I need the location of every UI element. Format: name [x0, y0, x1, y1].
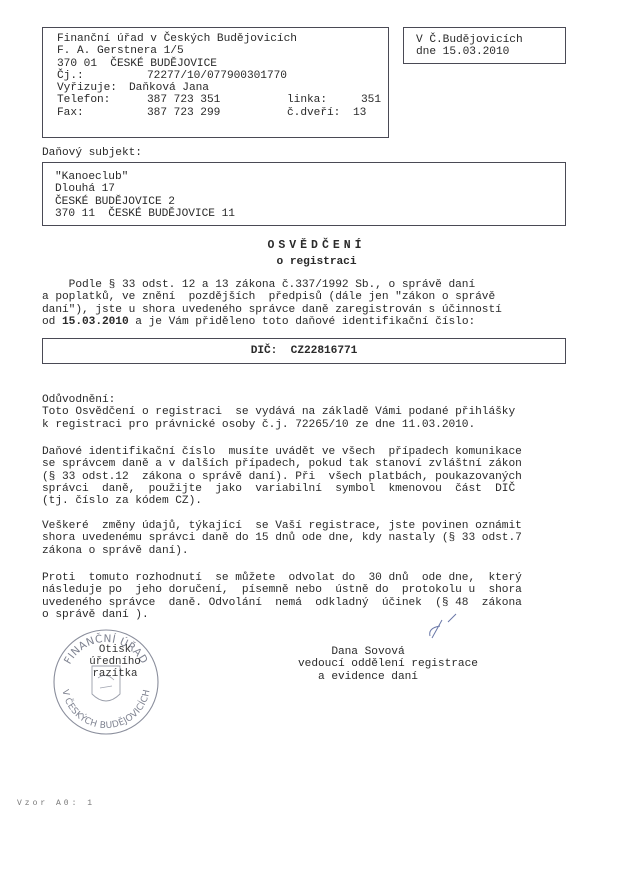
document-subtitle: o registraci [0, 256, 633, 268]
subject-city: 370 11 ČESKÉ BUDĚJOVICE 11 [55, 208, 565, 220]
handler-row: Vyřizuje: Daňková Jana [57, 82, 388, 94]
stamp-overlay-line: razítka [85, 668, 145, 680]
signatory-role: vedoucí oddělení registrace [298, 658, 478, 670]
office-address-box: Finanční úřad v Českých Budějovicích F. … [42, 27, 389, 138]
door-value: 13 [353, 107, 366, 119]
usage-line: se správcem daně a v dalších případech, … [42, 458, 587, 470]
intro-suffix: a je Vám přiděleno toto daňové identifik… [129, 316, 476, 328]
usage-line: správci daně, použijte jako variabilní s… [42, 483, 587, 495]
ref-value: 72277/10/077900301770 [147, 70, 287, 82]
tax-id-label: DIČ: [251, 345, 278, 357]
intro-line: od 15.03.2010 a je Vám přiděleno toto da… [42, 316, 582, 328]
reasoning-paragraph: Odůvodnění: Toto Osvědčení o registraci … [42, 394, 587, 431]
phone-value: 387 723 351 [147, 94, 287, 106]
tax-id-box: DIČ: CZ22816771 [42, 338, 566, 364]
stamp-overlay-line: Otisk [85, 644, 145, 656]
ref-row: Čj.: 72277/10/077900301770 [57, 70, 388, 82]
stamp-overlay-line: úředního [85, 656, 145, 668]
handler-value: Daňková Jana [129, 82, 209, 94]
appeal-line: následuje po jeho doručení, písemně nebo… [42, 584, 587, 596]
changes-line: Veškeré změny údajů, týkající se Vaší re… [42, 520, 587, 532]
intro-line: Podle § 33 odst. 12 a 13 zákona č.337/19… [42, 279, 582, 291]
fax-label: Fax: [57, 107, 147, 119]
intro-prefix: od [42, 316, 62, 328]
intro-line: a poplatků, ve znění pozdějších předpisů… [42, 291, 582, 303]
door-label: č.dveří: [287, 107, 353, 119]
signature-block: Dana Sovová vedoucí oddělení registrace … [298, 646, 478, 683]
stamp-placeholder-text: Otisk úředního razítka [85, 644, 145, 680]
subject-district: ČESKÉ BUDĚJOVICE 2 [55, 196, 565, 208]
appeal-paragraph: Proti tomuto rozhodnutí se můžete odvola… [42, 572, 587, 621]
date-value: dne 15.03.2010 [416, 46, 565, 58]
appeal-line: o správě daní ). [42, 609, 587, 621]
tax-id-value: CZ22816771 [291, 345, 358, 357]
signatory-name: Dana Sovová [298, 646, 478, 658]
document-title: OSVĚDČENÍ [0, 240, 633, 252]
office-street: F. A. Gerstnera 1/5 [57, 45, 388, 57]
form-code: Vzor A0: 1 [17, 798, 95, 810]
changes-paragraph: Veškeré změny údajů, týkající se Vaší re… [42, 520, 587, 557]
fax-row: Fax: 387 723 299 č.dveří: 13 [57, 107, 388, 119]
fax-value: 387 723 299 [147, 107, 287, 119]
date-place: V Č.Budějovicích [416, 34, 565, 46]
subject-street: Dlouhá 17 [55, 183, 565, 195]
effective-date: 15.03.2010 [62, 316, 129, 328]
intro-paragraph: Podle § 33 odst. 12 a 13 zákona č.337/19… [42, 279, 582, 328]
phone-label: Telefon: [57, 94, 147, 106]
phone-row: Telefon: 387 723 351 linka: 351 [57, 94, 388, 106]
subject-label: Daňový subjekt: [42, 147, 142, 159]
appeal-line: uvedeného správce daně. Odvolání nemá od… [42, 597, 587, 609]
date-box: V Č.Budějovicích dne 15.03.2010 [403, 27, 566, 64]
usage-line: Daňové identifikační číslo musíte uvádět… [42, 446, 587, 458]
subject-name: "Kanoeclub" [55, 171, 565, 183]
intro-line: daní"), jste u shora uvedeného správce d… [42, 304, 582, 316]
svg-text:V ČESKÝCH BUDĚJOVICÍCH: V ČESKÝCH BUDĚJOVICÍCH [59, 689, 152, 732]
signatory-role: a evidence daní [298, 671, 478, 683]
ext-value: 351 [361, 94, 381, 106]
stamp-ring-bottom: V ČESKÝCH BUDĚJOVICÍCH [59, 689, 152, 732]
appeal-line: Proti tomuto rozhodnutí se můžete odvola… [42, 572, 587, 584]
usage-line: (tj. číslo za kódem CZ). [42, 495, 587, 507]
reasoning-heading: Odůvodnění: [42, 394, 587, 406]
subject-address-box: "Kanoeclub" Dlouhá 17 ČESKÉ BUDĚJOVICE 2… [42, 162, 566, 226]
office-name: Finanční úřad v Českých Budějovicích [57, 33, 388, 45]
changes-line: shora uvedenému správci daně do 15 dnů o… [42, 532, 587, 544]
reasoning-line: k registraci pro právnické osoby č.j. 72… [42, 419, 587, 431]
reasoning-line: Toto Osvědčení o registraci se vydává na… [42, 406, 587, 418]
usage-line: (§ 33 odst.12 zákona o správě daní). Při… [42, 471, 587, 483]
ref-label: Čj.: [57, 70, 147, 82]
signature-scribble-icon [418, 612, 462, 640]
ext-label: linka: [287, 94, 361, 106]
tax-id-usage-paragraph: Daňové identifikační číslo musíte uvádět… [42, 446, 587, 507]
official-stamp-icon: FINANČNÍ ÚŘAD V ČESKÝCH BUDĚJOVICÍCH [52, 626, 160, 738]
office-city: 370 01 ČESKÉ BUDĚJOVICE [57, 58, 388, 70]
handler-label: Vyřizuje: [57, 82, 129, 94]
changes-line: zákona o správě daní). [42, 545, 587, 557]
